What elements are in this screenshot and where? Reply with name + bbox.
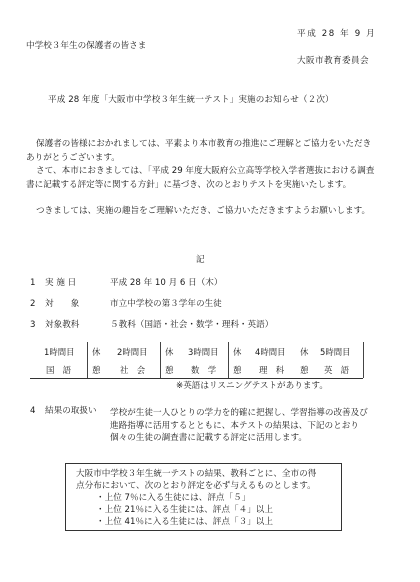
box-bullet-3: ・上位 41％に入る生徒には、評点「３」以上 [96, 518, 273, 527]
item-1-number: 1 [30, 279, 35, 288]
period-4-label: 4時間目 [255, 348, 285, 356]
table-divider [228, 342, 229, 378]
body-paragraph-3: つきましては、実施の趣旨をご理解いただき、ご協力いただきますようお願いします。 [26, 205, 376, 219]
period-2-subject: 社 会 [120, 366, 145, 374]
table-divider [87, 342, 88, 378]
document-title: 平成 28 年度「大阪市中学校３年生統一テスト」実施のお知らせ（２次） [48, 96, 334, 105]
break-3-bottom: 憩 [233, 366, 241, 374]
break-1-top: 休 [92, 348, 100, 356]
item-2-number: 2 [30, 300, 35, 309]
period-5-subject: 英 語 [324, 366, 349, 374]
item-4-number: 4 [30, 407, 35, 416]
box-line-2: 点分布において、次のとおり評定を必ず与えるものとします。 [76, 482, 316, 491]
item-1-label: 実 施 日 [45, 279, 76, 288]
item-3-number: 3 [30, 321, 35, 330]
break-2-top: 休 [165, 348, 173, 356]
table-divider [363, 342, 364, 378]
period-1-label: 1時間目 [44, 348, 74, 356]
document-date: 平成 28 年 9 月 [297, 30, 376, 39]
break-4-top: 休 [300, 348, 308, 356]
item-1-value: 平成 28 年 10 月 6 日（木） [110, 279, 222, 288]
period-2-label: 2時間目 [117, 348, 147, 356]
period-4-subject: 理 科 [259, 366, 284, 374]
break-2-bottom: 憩 [165, 366, 173, 374]
item-3-label: 対象教科 [45, 321, 79, 330]
period-1-subject: 国 語 [46, 366, 71, 374]
item-3-value: ５教科（国語・社会・数学・理科・英語） [110, 321, 273, 330]
body-paragraph-2: さて、本市におきましては、「平成 29 年度大阪府公立高等学校入学者選抜における… [26, 165, 376, 192]
break-1-bottom: 憩 [92, 366, 100, 374]
period-3-label: 3時間目 [188, 348, 218, 356]
period-5-label: 5時間目 [320, 348, 350, 356]
item-4-label: 結果の取扱い [45, 407, 97, 416]
period-3-subject: 数 学 [191, 366, 216, 374]
ki-heading: 記 [196, 256, 205, 265]
issuer-line: 大阪市教育委員会 [297, 57, 369, 66]
evaluation-box: 大阪市中学校３年生統一テストの結果、教科ごとに、全市の得 点分布において、次のと… [65, 463, 342, 531]
break-3-top: 休 [233, 348, 241, 356]
table-divider [160, 342, 161, 378]
box-line-1: 大阪市中学校３年生統一テストの結果、教科ごとに、全市の得 [76, 470, 316, 479]
schedule-table: 1時間目 国 語 休 憩 2時間目 社 会 休 憩 3時間目 数 学 休 憩 4… [30, 342, 363, 379]
box-bullet-1: ・上位 7％に入る生徒には、評点「５」 [96, 494, 250, 503]
break-4-bottom: 憩 [300, 366, 308, 374]
box-bullet-2: ・上位 21％に入る生徒には、評点「４」以上 [96, 506, 273, 515]
body-paragraph-1: 保護者の皆様におかれましては、平素より本市教育の推進にご理解とご協力をいただきあ… [26, 138, 376, 165]
item-2-label: 対 象 [45, 300, 79, 309]
item-4-value: 学校が生徒一人ひとりの学力を的確に把握し、学習指導の改善及び進路指導に活用すると… [110, 407, 375, 445]
item-2-value: 市立中学校の第３学年の生徒 [110, 300, 222, 309]
listening-note: ※英語はリスニングテストがあります。 [176, 382, 328, 391]
recipient-line: 中学校３年生の保護者の皆さま [26, 42, 146, 51]
